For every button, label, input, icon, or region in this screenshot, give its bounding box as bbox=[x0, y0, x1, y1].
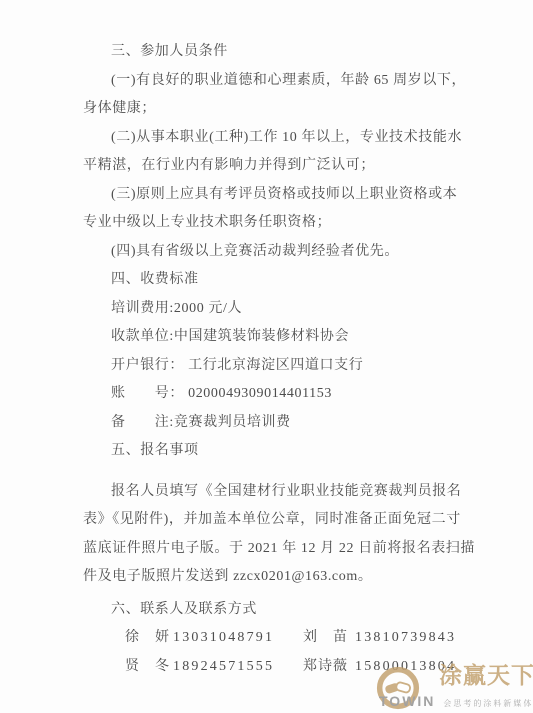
doc-line: 报名人员填写《全国建材行业职业技能竞赛裁判员报名 bbox=[83, 478, 473, 507]
contact-phone: 15800013804 bbox=[355, 653, 473, 682]
contact-phone: 13031048791 bbox=[173, 624, 303, 653]
section-heading-fees: 四、收费标准 bbox=[83, 266, 473, 295]
doc-line: 专业中级以上专业技术职务任职资格； bbox=[83, 209, 473, 238]
watermark-brand-row: TOWIN 会思考的涂料新媒体 bbox=[379, 693, 533, 709]
watermark-tagline: 会思考的涂料新媒体 bbox=[443, 698, 533, 709]
doc-line: (三)原则上应具有考评员资格或技师以上职业资格或本 bbox=[83, 181, 473, 210]
remark-line: 备 注:竞赛裁判员培训费 bbox=[83, 409, 473, 438]
doc-line: (一)有良好的职业道德和心理素质，年龄 65 周岁以下， bbox=[83, 67, 473, 96]
document-body: 三、参加人员条件 (一)有良好的职业道德和心理素质，年龄 65 周岁以下， 身体… bbox=[83, 38, 473, 681]
doc-line: (二)从事本职业(工种)工作 10 年以上，专业技术技能水 bbox=[83, 124, 473, 153]
doc-line: 表》《见附件)，并加盖本单位公章，同时准备正面免冠二寸 bbox=[83, 506, 473, 535]
doc-line: 身体健康； bbox=[83, 95, 473, 124]
contact-name: 徐 妍 bbox=[125, 624, 173, 653]
doc-line: (四)具有省级以上竞赛活动裁判经验者优先。 bbox=[83, 238, 473, 267]
training-fee-line: 培训费用:2000 元/人 bbox=[83, 295, 473, 324]
contact-row: 徐 妍 13031048791 刘 苗 13810739843 bbox=[125, 624, 473, 653]
section-heading-participants: 三、参加人员条件 bbox=[83, 38, 473, 67]
contact-row: 贤 冬 18924571555 郑诗薇 15800013804 bbox=[125, 653, 473, 682]
contact-name: 贤 冬 bbox=[125, 653, 173, 682]
scanned-notice-page: 三、参加人员条件 (一)有良好的职业道德和心理素质，年龄 65 周岁以下， 身体… bbox=[0, 0, 533, 713]
contact-name: 刘 苗 bbox=[303, 624, 355, 653]
contact-phone: 18924571555 bbox=[173, 653, 303, 682]
bank-line: 开户银行： 工行北京海淀区四道口支行 bbox=[83, 352, 473, 381]
watermark-brand-en: TOWIN bbox=[379, 693, 435, 709]
section-heading-contacts: 六、联系人及联系方式 bbox=[83, 596, 473, 625]
doc-line: 平精湛，在行业内有影响力并得到广泛认可； bbox=[83, 152, 473, 181]
doc-line: 蓝底证件照片电子版。于 2021 年 12 月 22 日前将报名表扫描 bbox=[83, 535, 473, 564]
contact-phone: 13810739843 bbox=[355, 624, 473, 653]
contact-name: 郑诗薇 bbox=[303, 653, 355, 682]
section-heading-registration: 五、报名事项 bbox=[83, 437, 473, 466]
email-line: 件及电子版照片发送到 zzcx0201@163.com。 bbox=[83, 563, 473, 592]
payee-line: 收款单位:中国建筑装饰装修材料协会 bbox=[83, 323, 473, 352]
account-number-line: 账 号： 0200049309014401153 bbox=[83, 380, 473, 409]
